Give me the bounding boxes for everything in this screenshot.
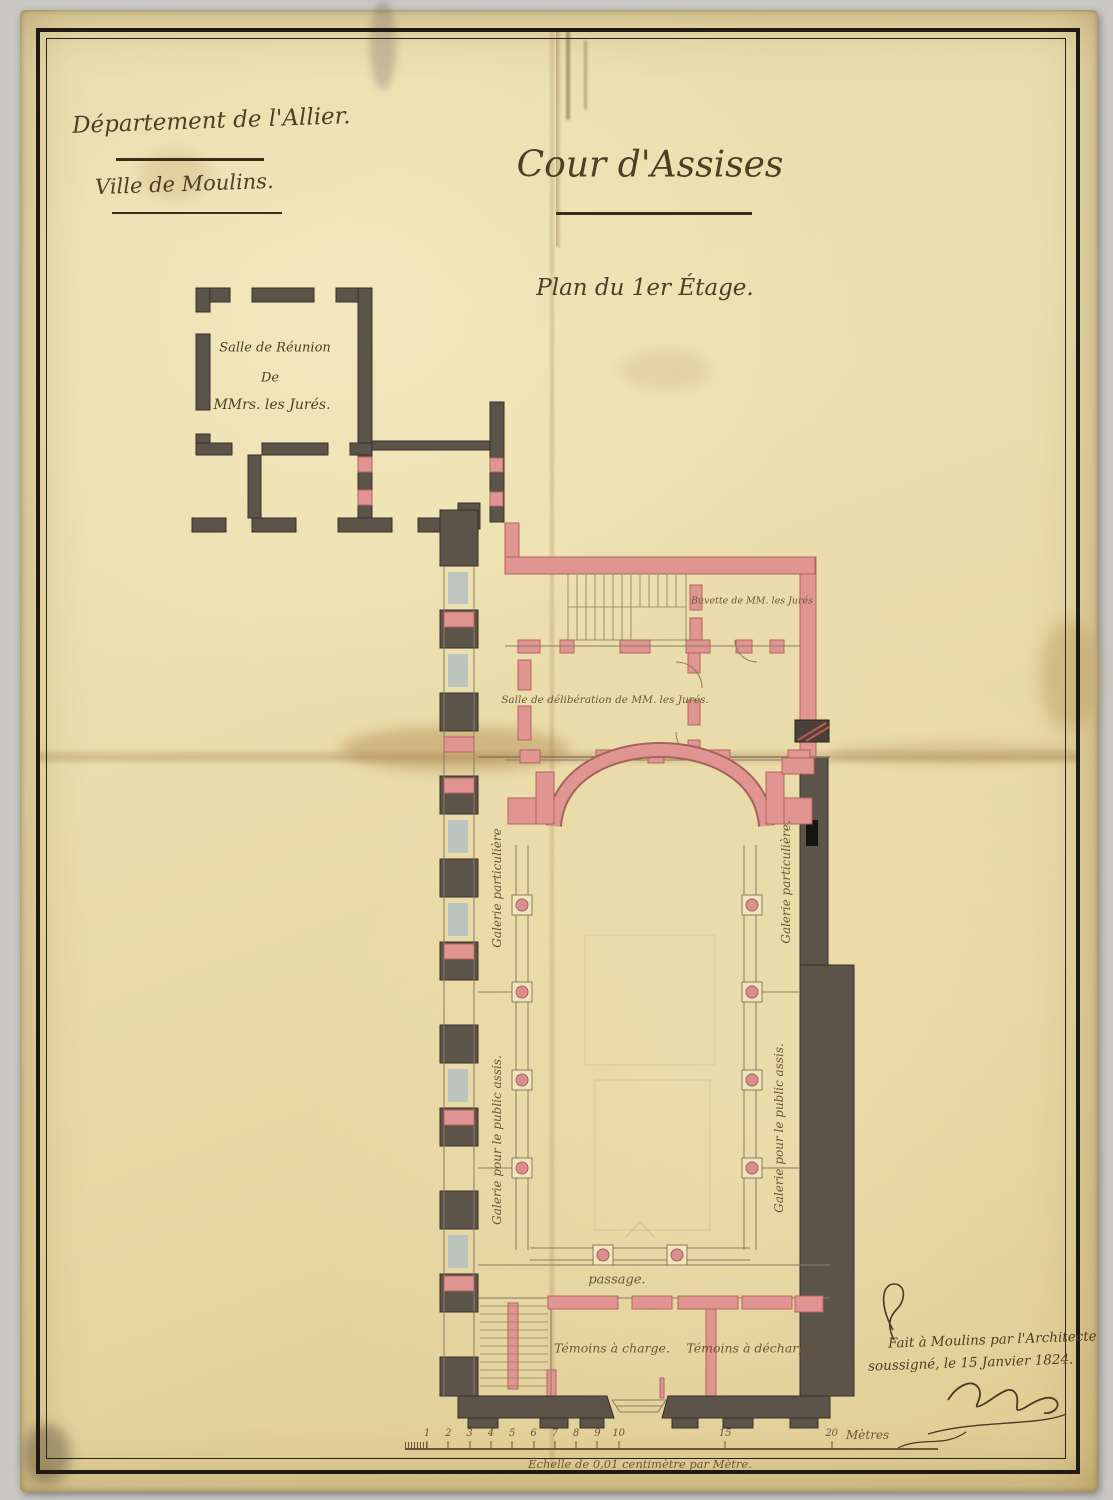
upper-staircase bbox=[568, 574, 686, 640]
scale-tick-mark bbox=[554, 1441, 555, 1448]
gallery-left-lower-label: Galerie pour le public assis. bbox=[490, 1055, 504, 1225]
region-underline bbox=[116, 158, 264, 161]
scale-tick-mark bbox=[831, 1441, 832, 1448]
left-exterior-wall bbox=[440, 510, 478, 1396]
floor-plan-svg bbox=[0, 0, 1113, 1500]
scale-ticks: 123456789101520 bbox=[0, 1428, 1113, 1456]
bottom-doorway-steps bbox=[612, 1378, 666, 1412]
scale-tick-number: 8 bbox=[573, 1428, 579, 1439]
scale-tick-number: 3 bbox=[466, 1428, 472, 1439]
city-underline bbox=[112, 212, 282, 214]
scale-caption: Échelle de 0,01 centimètre par Mètre. bbox=[528, 1457, 752, 1471]
scale-tick-number: 5 bbox=[509, 1428, 515, 1439]
scale-tick-number: 9 bbox=[594, 1428, 600, 1439]
room-label-salle-reunion-2: De bbox=[261, 371, 279, 386]
scanned-plan-photo: Département de l'Allier. Ville de Moulin… bbox=[0, 0, 1113, 1500]
room-label-salle-reunion-1: Salle de Réunion bbox=[219, 341, 331, 356]
upper-section-pink-walls bbox=[505, 523, 815, 760]
scale-tick-mark bbox=[490, 1441, 491, 1448]
scale-tick-number: 1 bbox=[424, 1428, 430, 1439]
scale-tick-number: 10 bbox=[612, 1428, 625, 1439]
scale-tick-number: 6 bbox=[530, 1428, 536, 1439]
scale-tick-number: 4 bbox=[488, 1428, 494, 1439]
scale-unit-label: Mètres bbox=[846, 1428, 889, 1442]
passage-walls bbox=[478, 1265, 830, 1396]
page-subtitle: Plan du 1er Étage. bbox=[536, 275, 753, 301]
scale-tick-mark bbox=[533, 1441, 534, 1448]
title-underline bbox=[556, 212, 752, 215]
scale-tick-mark bbox=[725, 1441, 726, 1448]
scale-tick-mark bbox=[618, 1441, 619, 1448]
scale-tick-mark bbox=[576, 1441, 577, 1448]
scale-tick-mark bbox=[597, 1441, 598, 1448]
scale-tick-number: 2 bbox=[445, 1428, 451, 1439]
scale-tick-mark bbox=[512, 1441, 513, 1448]
room-label-salle-reunion-3: MMrs. les Jurés. bbox=[213, 397, 330, 413]
gallery-right-lower-label: Galerie pour le public assis. bbox=[772, 1043, 786, 1213]
scale-tick-number: 20 bbox=[825, 1428, 838, 1439]
scale-tick-mark bbox=[469, 1441, 470, 1448]
room-label-deliberation: Salle de délibération de MM. les Jurés. bbox=[501, 694, 709, 706]
gallery-left-upper-label: Galerie particulière bbox=[490, 828, 504, 947]
temoins-decharge-label: Témoins à décharge. bbox=[686, 1341, 817, 1356]
passage-label: passage. bbox=[588, 1273, 645, 1288]
scale-tick-number: 7 bbox=[552, 1428, 558, 1439]
scale-tick-number: 15 bbox=[719, 1428, 732, 1439]
temoins-charge-label: Témoins à charge. bbox=[554, 1341, 670, 1356]
scale-tick-mark bbox=[448, 1441, 449, 1448]
scale-tick-mark bbox=[427, 1441, 428, 1448]
room-label-buvette: Buvette de MM. les Jurés bbox=[691, 596, 813, 607]
pencil-sketch bbox=[585, 935, 715, 1238]
gallery-right-upper-label: Galerie particulière. bbox=[779, 820, 793, 943]
page-title: Cour d'Assises bbox=[517, 145, 784, 186]
right-exterior-wall bbox=[795, 557, 854, 1396]
